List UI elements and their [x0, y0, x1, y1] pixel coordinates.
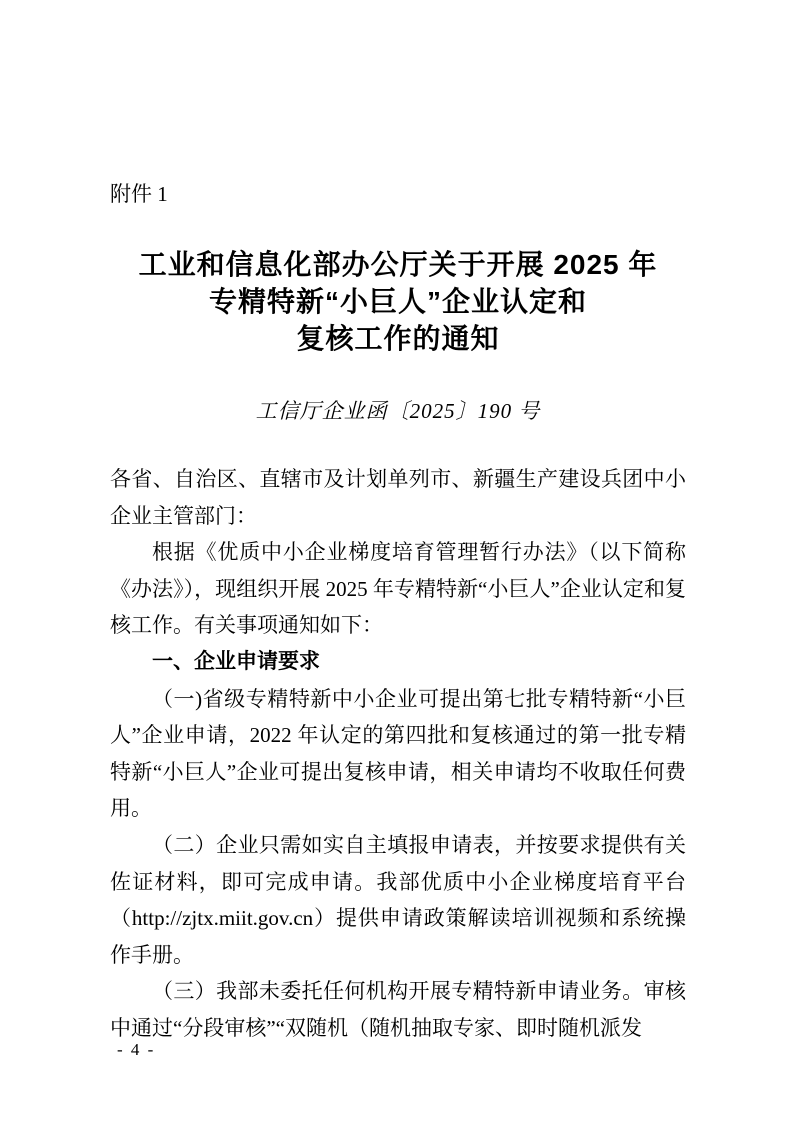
salutation-paragraph: 各省、自治区、直辖市及计划单列市、新疆生产建设兵团中小企业主管部门： [110, 461, 686, 534]
page-number: - 4 - [117, 1040, 155, 1060]
attachment-label: 附件 1 [110, 182, 686, 206]
intro-paragraph: 根据《优质中小企业梯度培育管理暂行办法》（以下简称《办法》），现组织开展 202… [110, 534, 686, 644]
paragraph-item-3: （三）我部未委托任何机构开展专精特新申请业务。审核中通过“分段审核”“双随机（随… [110, 973, 686, 1046]
title-line-2: 专精特新“小巨人”企业认定和 [110, 283, 686, 320]
paragraph-item-1: （一)省级专精特新中小企业可提出第七批专精特新“小巨人”企业申请，2022 年认… [110, 681, 686, 827]
title-line-3: 复核工作的通知 [110, 320, 686, 357]
document-body: 各省、自治区、直辖市及计划单列市、新疆生产建设兵团中小企业主管部门： 根据《优质… [110, 461, 686, 1047]
document-page: 附件 1 工业和信息化部办公厅关于开展 2025 年 专精特新“小巨人”企业认定… [0, 0, 793, 1122]
paragraph-item-2: （二）企业只需如实自主填报申请表，并按要求提供有关佐证材料，即可完成申请。我部优… [110, 827, 686, 973]
document-title: 工业和信息化部办公厅关于开展 2025 年 专精特新“小巨人”企业认定和 复核工… [110, 246, 686, 357]
document-number: 工信厅企业函〔2025〕190 号 [110, 397, 686, 425]
title-line-1: 工业和信息化部办公厅关于开展 2025 年 [110, 246, 686, 283]
section-1-heading: 一、企业申请要求 [110, 644, 686, 681]
